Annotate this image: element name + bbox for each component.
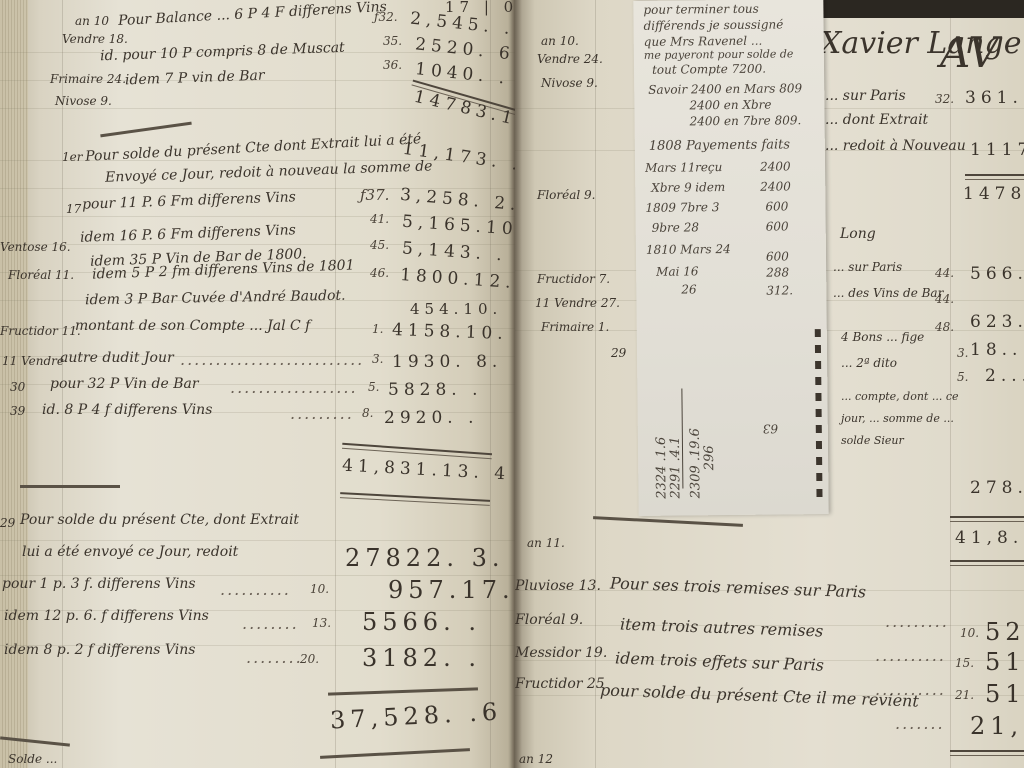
entry-amount: 623... (970, 312, 1024, 332)
entry-amount: 566... (970, 264, 1024, 284)
entry-description: Envoyé ce Jour, redoit à nouveau la somm… (105, 158, 433, 185)
entry-amount: 5828. . (388, 380, 482, 400)
entry-folio: 48. (935, 320, 954, 334)
entry-date: Floréal 9. (515, 612, 583, 628)
entry-description: pour 1 p. 3 f. differens Vins (2, 576, 196, 592)
entry-description: ... compte, dont ... ce jour, ... somme … (841, 386, 961, 452)
entry-amount: 1800.12.6. (399, 265, 515, 295)
entry-amount: 2... (985, 366, 1024, 386)
entry-date: Nivose 9. (55, 94, 112, 108)
entry-date: Frimaire 24. (50, 72, 126, 86)
entry-amount: 454.10. (410, 300, 502, 318)
slip-line: 2400 en Xbre (689, 98, 771, 113)
payment-amount: 288 (766, 265, 789, 279)
entry-folio: 3. (957, 346, 968, 360)
entry-description: ... sur Paris (825, 88, 906, 104)
payment-date: Mai 16 (656, 264, 699, 278)
payment-amount: 312. (766, 283, 793, 297)
total-rule (320, 748, 470, 759)
entry-folio: 46. (370, 266, 389, 280)
entry-description: idem 8 p. 2 f differens Vins (4, 642, 195, 658)
entry-amount: 2920. . (384, 408, 478, 428)
book-spine-gutter (508, 0, 522, 768)
entry-folio: 45. (370, 238, 389, 252)
entry-folio: 32. (935, 92, 954, 106)
pasted-note-slip: pour terminer tous différends je soussig… (633, 0, 828, 516)
entry-description: ... dont Extrait (825, 112, 928, 128)
total-rule (950, 516, 1024, 522)
leader-dots: ......... (885, 612, 949, 631)
entry-amount: 957.17. (388, 576, 515, 604)
entry-date: 29 (611, 346, 626, 360)
entry-folio: 15. (955, 656, 974, 670)
page-mark: 63 (763, 422, 778, 436)
entry-description: id. 8 P 4 f differens Vins (42, 402, 212, 418)
entry-description: montant de son Compte ... Jal C f (75, 318, 310, 334)
total-rule (950, 560, 1024, 566)
tally-marks (815, 329, 823, 499)
slip-line: Savoir 2400 en Mars 809 (648, 81, 802, 97)
payment-date: 9bre 28 (652, 220, 699, 234)
entry-folio: 36. (383, 58, 402, 72)
calc-divider-line (681, 389, 683, 489)
entry-amount: 278... (970, 478, 1024, 498)
entry-amount: 18... (970, 340, 1024, 360)
entry-amount: 51... (985, 648, 1024, 676)
entry-folio: 5. (957, 370, 968, 384)
entry-amount: 3182. . (362, 644, 481, 672)
entry-amount: 3,258. 2. (399, 185, 515, 215)
leader-dots: .................. (230, 378, 358, 397)
entry-date: 11 Vendre (2, 354, 64, 368)
total-rule (328, 687, 478, 695)
entry-folio: 35. (383, 34, 402, 48)
entry-amount: 5,143. . (401, 238, 507, 265)
payment-date: Mars 11 (645, 160, 696, 175)
entry-folio: 10. (310, 582, 329, 596)
leader-dots: ........ (246, 648, 303, 667)
slip-line: différends je soussigné (643, 17, 783, 32)
entry-date: Fructidor 25 (515, 676, 605, 692)
entry-folio: ƒ32. (374, 10, 398, 24)
payment-note: reçu (695, 160, 722, 174)
section-divider (593, 516, 743, 527)
entry-description: id. pour 10 P compris 8 de Muscat (100, 40, 345, 65)
entry-description: ... redoit à Nouveau (825, 138, 966, 154)
entry-amount: 1930. 8. (392, 352, 502, 372)
section-divider (100, 122, 192, 138)
entry-folio: 44. (935, 292, 954, 306)
entry-amount: 1117... (970, 140, 1024, 160)
entry-date: 39 (10, 404, 25, 418)
entry-date: Floréal 9. (537, 188, 595, 202)
entry-description: ... sur Paris (833, 260, 902, 274)
account-initials: AV (940, 28, 999, 77)
leader-dots: .......... (220, 580, 291, 599)
entry-description: idem 7 P vin de Bar (125, 68, 265, 89)
entry-description: 4 Bons ... fige (841, 330, 924, 344)
payment-date: 1809 7bre 3 (645, 200, 719, 215)
entry-description: pour solde du présent Cte il me revient (600, 680, 919, 710)
entry-description: idem 16 P. 6 Fm differens Vins (80, 222, 296, 246)
entry-date: Ventose 16. (0, 240, 71, 254)
entry-description: lui a été envoyé ce Jour, redoit (22, 544, 238, 560)
entry-date: Vendre 24. (537, 52, 603, 66)
background-shadow (815, 0, 1024, 18)
entry-date: 17 (66, 202, 81, 216)
entry-date: 1er (62, 150, 82, 164)
entry-amount: 361... (965, 88, 1024, 108)
entry-date: Fructidor 7. (537, 272, 610, 286)
payment-amount: 600 (766, 249, 789, 263)
entry-amount: 21,9... (970, 712, 1024, 740)
entry-folio: 21. (955, 688, 974, 702)
leader-dots: ......... (290, 404, 354, 423)
total-rule (965, 174, 1024, 180)
entry-amount: 51... (985, 680, 1024, 708)
slip-line: 2400 en 7bre 809. (689, 113, 801, 128)
block-total: 1478... (963, 184, 1024, 204)
year-label: an 10. (541, 34, 579, 48)
entry-folio: 41. (370, 212, 389, 226)
entry-amount: 4158.10. (392, 320, 508, 344)
left-ledger-page: 17 | 0 ... 6,678. 7.10 an 10 Vendre 18. … (0, 0, 515, 768)
payment-date: Xbre 9 (651, 180, 692, 194)
payment-date: 26 (681, 282, 696, 296)
entry-date: Messidor 19. (515, 645, 607, 661)
entry-folio: 10. (960, 626, 979, 640)
total-rule (950, 750, 1024, 756)
block-total: 41,8... (955, 528, 1024, 548)
entry-description: Pour solde du présent Cte, dont Extrait (20, 512, 299, 528)
entry-folio: 13. (312, 616, 331, 630)
entry-description: Pour ses trois remises sur Paris (610, 574, 867, 602)
entry-folio: 5. (368, 380, 379, 394)
year-label: an 11. (527, 536, 565, 550)
payment-amount: 2400 (760, 159, 791, 173)
entry-folio: 3. (372, 352, 383, 366)
leader-dots: .......... (875, 646, 946, 665)
entry-date: Frimaire 1. (541, 320, 609, 334)
entry-description: pour 32 P Vin de Bar (50, 376, 199, 392)
entry-folio: 44. (935, 266, 954, 280)
entry-folio: 8. (362, 406, 373, 420)
entry-date: Nivose 9. (541, 76, 598, 90)
section-header: Long (840, 226, 876, 242)
entry-description: idem 3 P Bar Cuvée d'André Baudot. (85, 288, 346, 309)
entry-description: pour 11 P. 6 Fm differens Vins (82, 189, 296, 212)
entry-folio: 20. (300, 652, 319, 666)
entry-description: ... 2ª dito (841, 356, 897, 370)
entry-date: 30 (10, 380, 25, 394)
entry-date: Floréal 11. (8, 268, 74, 282)
payment-date: 1810 Mars 24 (646, 242, 731, 257)
entry-description: Pour Balance ... 6 P 4 F differens Vins (118, 0, 387, 29)
entry-description: autre dudit Jour (60, 350, 174, 366)
leader-dots: ........ (242, 614, 299, 633)
entry-date: Fructidor 11. (0, 324, 81, 338)
payments-title: 1808 Payements faits (649, 137, 790, 153)
slip-line: tout Compte 7200. (652, 62, 766, 77)
entry-folio: ƒ37. (360, 186, 389, 204)
slip-line: que Mrs Ravenel ... (644, 34, 763, 49)
entry-description: item trois autres remises (620, 614, 824, 640)
payment-amount: 600 (766, 219, 789, 233)
entry-amount: 27822. 3. 6. (345, 544, 515, 572)
entry-date: 29 (0, 516, 15, 530)
slip-line: pour terminer tous (643, 2, 759, 17)
bottom-partial-text: an 12 (519, 752, 553, 766)
leader-dots: .......................... (180, 350, 364, 369)
total-rule (340, 492, 490, 506)
payment-amount: 2400 (760, 179, 791, 193)
payment-note: idem (695, 180, 725, 194)
entry-date: Pluviose 13. (515, 578, 601, 594)
entry-amount: 11,173. . 10 (401, 139, 515, 181)
entry-description: idem 12 p. 6. f differens Vins (4, 608, 209, 624)
entry-description: idem trois effets sur Paris (615, 648, 825, 674)
slip-line: me payeront pour solde de (644, 47, 794, 62)
entry-description: ... des Vins de Bar (833, 286, 943, 300)
payment-amount: 600 (765, 199, 788, 213)
block-total: 37,528. .6 (329, 698, 502, 735)
bottom-partial-text: Solde ... (8, 752, 57, 766)
vertical-calculation: 296 (702, 445, 717, 470)
entry-folio: 1. (372, 322, 383, 336)
entry-date: 11 Vendre 27. (535, 296, 620, 310)
leader-dots: ....... (895, 714, 945, 733)
block-total: 41,831.13. 4 (342, 456, 511, 485)
year-label: an 10 (75, 14, 109, 28)
section-divider (20, 485, 120, 488)
entry-amount: 5566. . (362, 608, 481, 636)
entry-amount: 52... (985, 618, 1024, 646)
entry-date: Vendre 18. (62, 32, 128, 46)
